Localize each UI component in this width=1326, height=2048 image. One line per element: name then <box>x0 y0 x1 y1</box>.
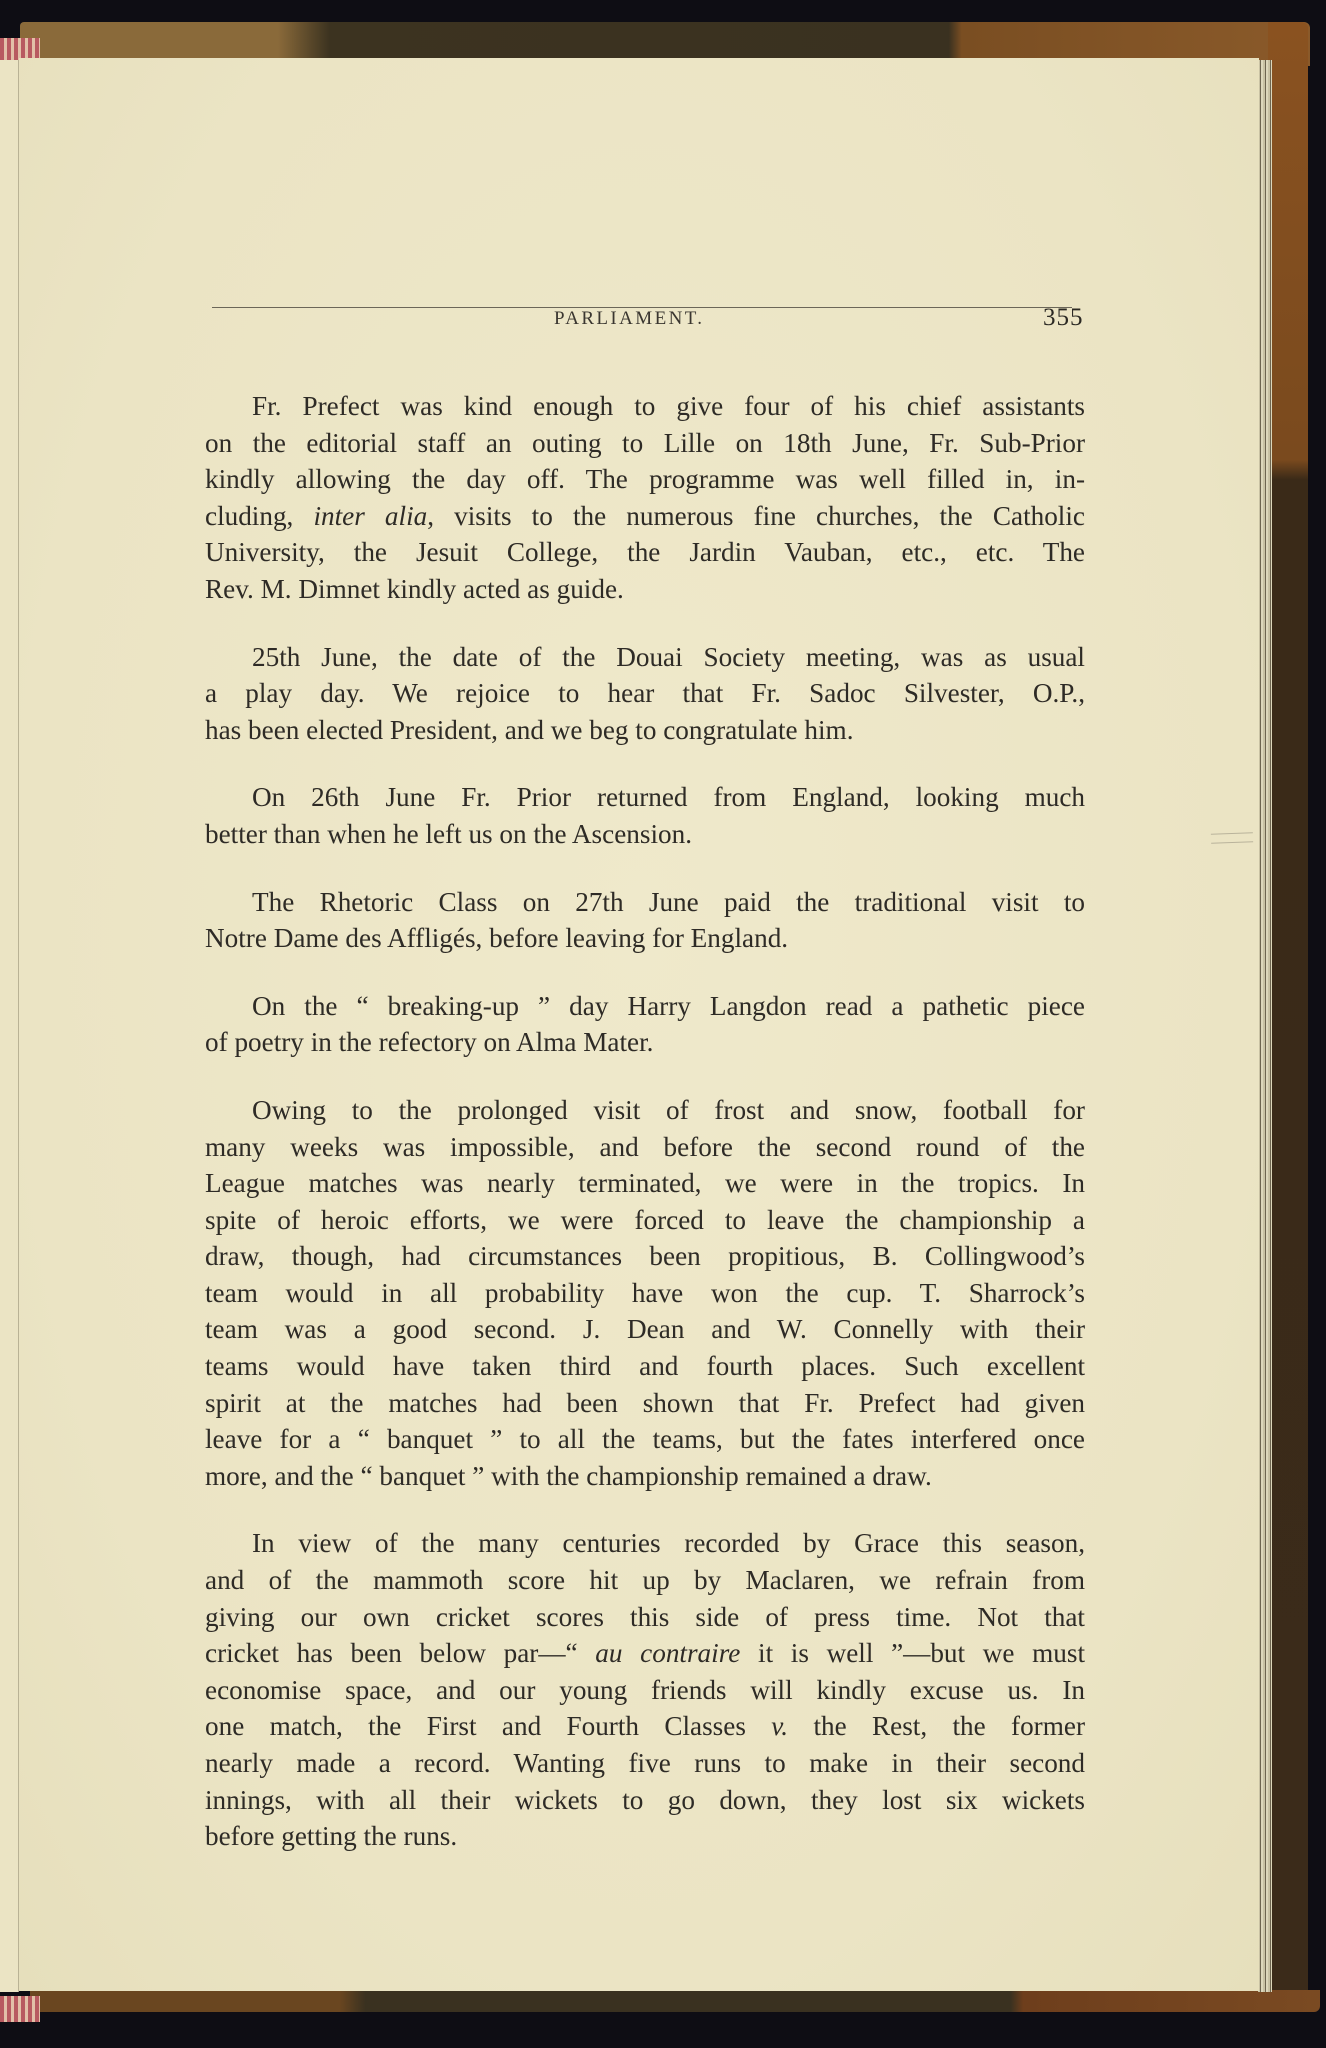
text-line: In view of the many centuries recorded b… <box>205 1525 1085 1562</box>
text-line: On the “ breaking-up ” day Harry Langdon… <box>205 988 1085 1025</box>
text-line: on the editorial staff an outing to Lill… <box>205 425 1085 462</box>
body-text: Fr. Prefect was kind enough to give four… <box>205 388 1085 1886</box>
headband-bottom <box>0 1996 40 2022</box>
text-line: Owing to the prolonged visit of frost an… <box>205 1092 1085 1129</box>
book-cover-bottom-edge <box>30 1990 1320 2012</box>
header-rule <box>212 307 1072 308</box>
running-head: PARLIAMENT. 355 <box>19 308 1259 338</box>
text-line: better than when he left us on the Ascen… <box>205 816 1085 853</box>
text-line: draw, though, had circumstances been pro… <box>205 1238 1085 1275</box>
text-line: On 26th June Fr. Prior returned from Eng… <box>205 779 1085 816</box>
text-line: has been elected President, and we beg t… <box>205 712 1085 749</box>
text-line: Rev. M. Dimnet kindly acted as guide. <box>205 571 1085 608</box>
text-line: The Rhetoric Class on 27th June paid the… <box>205 884 1085 921</box>
text-line: nearly made a record. Wanting five runs … <box>205 1745 1085 1782</box>
text-line: team would in all probability have won t… <box>205 1275 1085 1312</box>
text-line: Notre Dame des Affligés, before leaving … <box>205 920 1085 957</box>
page-block-edges <box>1258 60 1272 1992</box>
running-head-title: PARLIAMENT. <box>554 308 704 330</box>
text-line: and of the mammoth score hit up by Macla… <box>205 1562 1085 1599</box>
book-page: PARLIAMENT. 355 Fr. Prefect was kind eno… <box>19 58 1259 1991</box>
paragraph: Owing to the prolonged visit of frost an… <box>205 1092 1085 1495</box>
text-line: giving our own cricket scores this side … <box>205 1599 1085 1636</box>
paragraph: In view of the many centuries recorded b… <box>205 1525 1085 1854</box>
paragraph: The Rhetoric Class on 27th June paid the… <box>205 884 1085 957</box>
text-line: 25th June, the date of the Douai Society… <box>205 639 1085 676</box>
italic-phrase: inter alia <box>313 501 427 531</box>
text-line: kindly allowing the day off. The program… <box>205 461 1085 498</box>
text-line: a play day. We rejoice to hear that Fr. … <box>205 675 1085 712</box>
text-line: team was a good second. J. Dean and W. C… <box>205 1311 1085 1348</box>
facing-page-edge <box>0 60 19 1992</box>
text-line: teams would have taken third and fourth … <box>205 1348 1085 1385</box>
text-line: cricket has been below par—“ au contrair… <box>205 1635 1085 1672</box>
text-line: League matches was nearly terminated, we… <box>205 1165 1085 1202</box>
text-line: innings, with all their wickets to go do… <box>205 1782 1085 1819</box>
text-line: more, and the “ banquet ” with the champ… <box>205 1458 1085 1495</box>
text-line: economise space, and our young friends w… <box>205 1672 1085 1709</box>
text-line: of poetry in the refectory on Alma Mater… <box>205 1024 1085 1061</box>
italic-phrase: v. <box>771 1711 788 1741</box>
text-line: before getting the runs. <box>205 1818 1085 1855</box>
page-number: 355 <box>1043 304 1084 332</box>
text-line: many weeks was impossible, and before th… <box>205 1129 1085 1166</box>
text-line: leave for a “ banquet ” to all the teams… <box>205 1421 1085 1458</box>
book-cover-right-edge <box>1268 22 1308 2012</box>
text-line: University, the Jesuit College, the Jard… <box>205 534 1085 571</box>
text-line: Fr. Prefect was kind enough to give four… <box>205 388 1085 425</box>
margin-pencil-mark <box>1211 832 1253 843</box>
paragraph: Fr. Prefect was kind enough to give four… <box>205 388 1085 608</box>
text-line: spirit at the matches had been shown tha… <box>205 1385 1085 1422</box>
paragraph: On 26th June Fr. Prior returned from Eng… <box>205 779 1085 852</box>
paragraph: 25th June, the date of the Douai Society… <box>205 639 1085 749</box>
italic-phrase: au contraire <box>595 1638 740 1668</box>
paragraph: On the “ breaking-up ” day Harry Langdon… <box>205 988 1085 1061</box>
text-line: cluding, inter alia, visits to the numer… <box>205 498 1085 535</box>
text-line: spite of heroic efforts, we were forced … <box>205 1202 1085 1239</box>
text-line: one match, the First and Fourth Classes … <box>205 1708 1085 1745</box>
